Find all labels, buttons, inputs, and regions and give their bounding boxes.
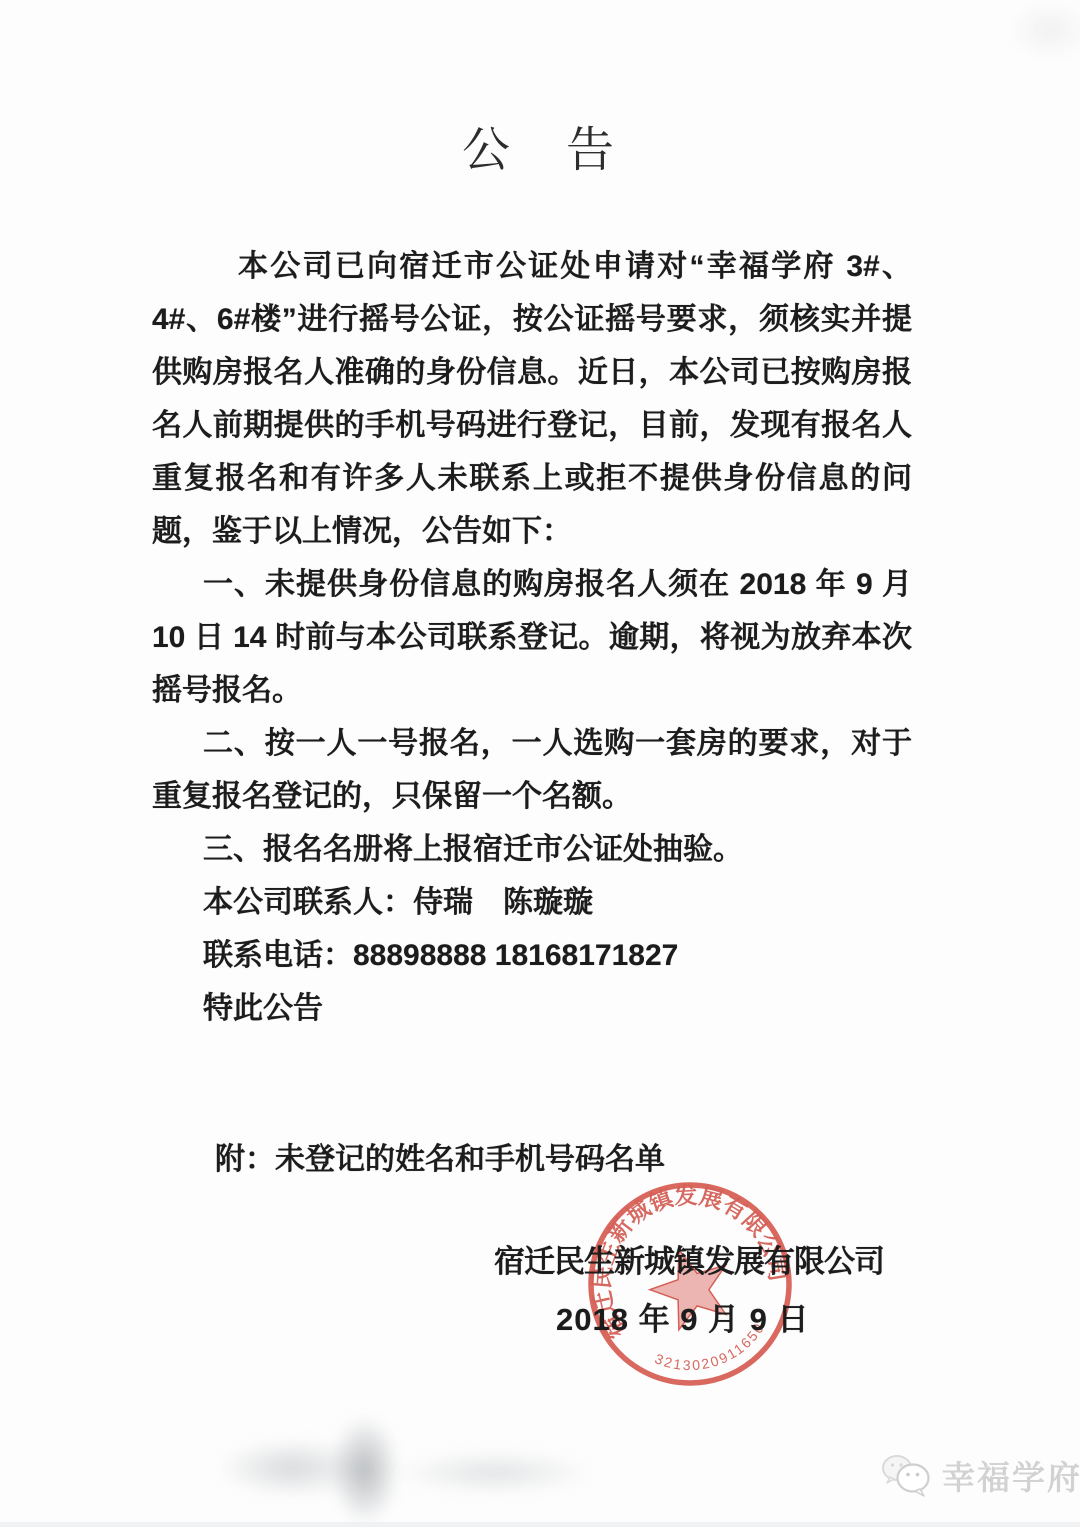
- company-signature: 宿迁民生新城镇发展有限公司: [494, 1236, 884, 1281]
- watermark: 幸福学府: [880, 1452, 1080, 1499]
- notice-body: 本公司已向宿迁市公证处申请对“幸福学府 3#、4#、6#楼”进行摇号公证，按公证…: [152, 240, 912, 1035]
- notice-item-3: 三、报名名册将上报宿迁市公证处抽验。: [152, 823, 912, 876]
- watermark-label: 幸福学府: [942, 1452, 1080, 1499]
- wechat-icon: [880, 1453, 932, 1499]
- scan-smudge: [395, 1450, 595, 1495]
- scan-artifact: [1010, 0, 1080, 60]
- signature-date: 2018 年 9 月 9 日: [556, 1294, 810, 1339]
- scanned-notice-page: 公 告 本公司已向宿迁市公证处申请对“幸福学府 3#、4#、6#楼”进行摇号公证…: [0, 0, 1080, 1527]
- notice-item-1: 一、未提供身份信息的购房报名人须在 2018 年 9 月 10 日 14 时前与…: [152, 558, 912, 717]
- contact-persons-line: 本公司联系人：侍瑞 陈璇璇: [152, 876, 912, 929]
- notice-title: 公 告: [0, 0, 1080, 180]
- scan-smudge: [330, 1415, 400, 1525]
- company-seal-stamp: 宿迁民生新城镇发展有限公司 3213020911650: [556, 1150, 824, 1418]
- closing-line: 特此公告: [152, 982, 912, 1035]
- notice-item-2: 二、按一人一号报名，一人选购一套房的要求，对于重复报名登记的，只保留一个名额。: [152, 717, 912, 823]
- notice-paragraph: 本公司已向宿迁市公证处申请对“幸福学府 3#、4#、6#楼”进行摇号公证，按公证…: [152, 240, 912, 558]
- contact-phone-line: 联系电话：88898888 18168171827: [152, 929, 912, 982]
- attachment-note: 附：未登记的姓名和手机号码名单: [152, 1133, 912, 1186]
- scan-edge: [0, 1522, 1080, 1527]
